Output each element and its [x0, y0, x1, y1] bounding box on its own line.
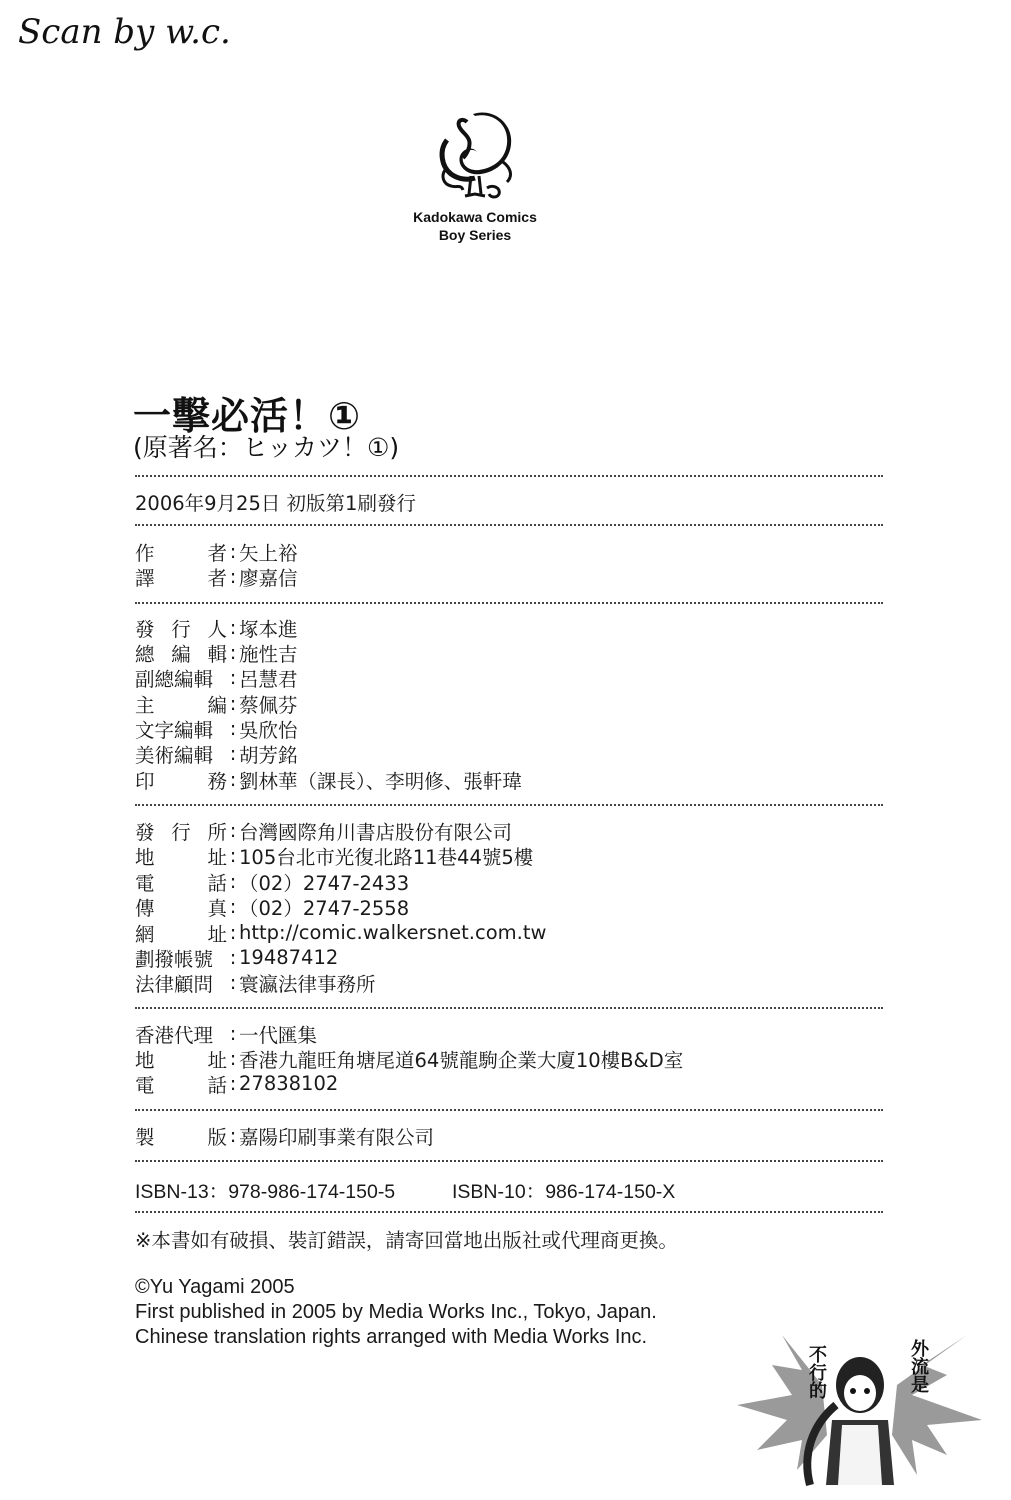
edition-date: 2006年9月25日 初版第1刷發行 [135, 488, 416, 516]
staff-value: 施性吉 [239, 639, 298, 667]
dotted-divider [135, 1160, 883, 1162]
staff-row: 副總編輯:呂慧君 [135, 665, 298, 690]
hk-label: 電話 [135, 1070, 227, 1098]
publisher-value: 105台北市光復北路11巷44號5樓 [239, 842, 533, 870]
staff-row: 美術編輯:胡芳銘 [135, 741, 298, 766]
staff-label: 美術編輯 [135, 740, 227, 768]
staff-value: 蔡佩芬 [239, 690, 298, 718]
logo-line-1: Kadokawa Comics [400, 208, 550, 226]
publisher-value: 寰瀛法律事務所 [239, 969, 376, 997]
hk-value: 27838102 [239, 1072, 338, 1095]
publisher-value: （02）2747-2558 [239, 893, 409, 921]
credit-value: 廖嘉信 [239, 563, 298, 591]
publisher-label: 電話 [135, 868, 227, 896]
phoenix-emblem-icon [433, 110, 517, 202]
publisher-label: 發行所 [135, 817, 227, 845]
credit-row: 作者:矢上裕 [135, 539, 298, 564]
publisher-label: 劃撥帳號 [135, 944, 227, 972]
mascot-left-text: 不行的 [798, 1345, 834, 1399]
dotted-divider [135, 524, 883, 526]
printing-value: 嘉陽印刷事業有限公司 [239, 1122, 434, 1150]
dotted-divider [135, 1211, 883, 1213]
staff-label: 總編輯 [135, 639, 227, 667]
hk-value: 一代匯集 [239, 1020, 317, 1048]
publisher-label: 地址 [135, 842, 227, 870]
copyright-line: ©Yu Yagami 2005 [135, 1276, 295, 1299]
isbn-10: ISBN-10：986-174-150-X [452, 1176, 675, 1204]
hk-label: 香港代理 [135, 1020, 227, 1048]
dotted-divider [135, 1109, 883, 1111]
dotted-divider [135, 804, 883, 806]
publisher-row: 劃撥帳號:19487412 [135, 945, 338, 970]
publisher-row: 網址:http://comic.walkersnet.com.tw [135, 920, 546, 945]
hk-label: 地址 [135, 1045, 227, 1073]
hk-row: 地址:香港九龍旺角塘尾道64號龍駒企業大廈10樓B&D室 [135, 1046, 683, 1071]
staff-value: 呂慧君 [239, 664, 298, 692]
publisher-row: 電話:（02）2747-2433 [135, 869, 409, 894]
staff-row: 主編:蔡佩芬 [135, 691, 298, 716]
staff-value: 吳欣怡 [239, 715, 298, 743]
staff-value: 劉林華（課長）、李明修、張軒瑋 [239, 766, 522, 794]
hk-value: 香港九龍旺角塘尾道64號龍駒企業大廈10樓B&D室 [239, 1045, 683, 1073]
hk-row: 香港代理:一代匯集 [135, 1021, 317, 1046]
website-link[interactable]: http://comic.walkersnet.com.tw [239, 921, 546, 944]
lightning-burst-icon [732, 1325, 987, 1490]
damage-notice: ※本書如有破損、裝訂錯誤，請寄回當地出版社或代理商更換。 [135, 1225, 678, 1253]
publisher-label: 法律顧問 [135, 969, 227, 997]
staff-label: 印務 [135, 766, 227, 794]
staff-label: 副總編輯 [135, 664, 227, 692]
credit-value: 矢上裕 [239, 538, 298, 566]
publisher-value: 台灣國際角川書店股份有限公司 [239, 817, 512, 845]
publisher-label: 網址 [135, 919, 227, 947]
anti-leak-mascot: 不行的 外流是 [732, 1325, 987, 1490]
dotted-divider [135, 1007, 883, 1009]
isbn-13: ISBN-13：978-986-174-150-5 [135, 1176, 395, 1204]
staff-row: 文字編輯:吳欣怡 [135, 716, 298, 741]
dotted-divider [135, 602, 883, 604]
credit-row: 譯者:廖嘉信 [135, 564, 298, 589]
staff-row: 印務:劉林華（課長）、李明修、張軒瑋 [135, 767, 522, 792]
staff-label: 文字編輯 [135, 715, 227, 743]
staff-row: 發行人:塚本進 [135, 615, 298, 640]
staff-label: 主編 [135, 690, 227, 718]
publisher-row: 法律顧問:寰瀛法律事務所 [135, 970, 376, 995]
logo-line-2: Boy Series [400, 226, 550, 244]
staff-value: 胡芳銘 [239, 740, 298, 768]
publisher-logo: Kadokawa Comics Boy Series [400, 110, 550, 244]
staff-value: 塚本進 [239, 614, 298, 642]
printing-row: 製版:嘉陽印刷事業有限公司 [135, 1123, 434, 1148]
publisher-label: 傳真 [135, 893, 227, 921]
credit-label: 譯者 [135, 563, 227, 591]
publisher-value: 19487412 [239, 946, 338, 969]
publication-line: First published in 2005 by Media Works I… [135, 1301, 657, 1324]
printing-label: 製版 [135, 1122, 227, 1150]
original-title: (原著名：ヒッカツ！①) [133, 428, 399, 464]
credit-label: 作者 [135, 538, 227, 566]
translation-rights-line: Chinese translation rights arranged with… [135, 1326, 647, 1349]
publisher-value: （02）2747-2433 [239, 868, 409, 896]
mascot-right-text: 外流是 [900, 1339, 936, 1393]
publisher-row: 傳真:（02）2747-2558 [135, 894, 409, 919]
hk-row: 電話:27838102 [135, 1071, 338, 1096]
staff-row: 總編輯:施性吉 [135, 640, 298, 665]
dotted-divider [135, 475, 883, 477]
scan-credit: Scan by w.c. [18, 12, 231, 52]
publisher-row: 地址:105台北市光復北路11巷44號5樓 [135, 843, 533, 868]
staff-label: 發行人 [135, 614, 227, 642]
publisher-row: 發行所:台灣國際角川書店股份有限公司 [135, 818, 512, 843]
